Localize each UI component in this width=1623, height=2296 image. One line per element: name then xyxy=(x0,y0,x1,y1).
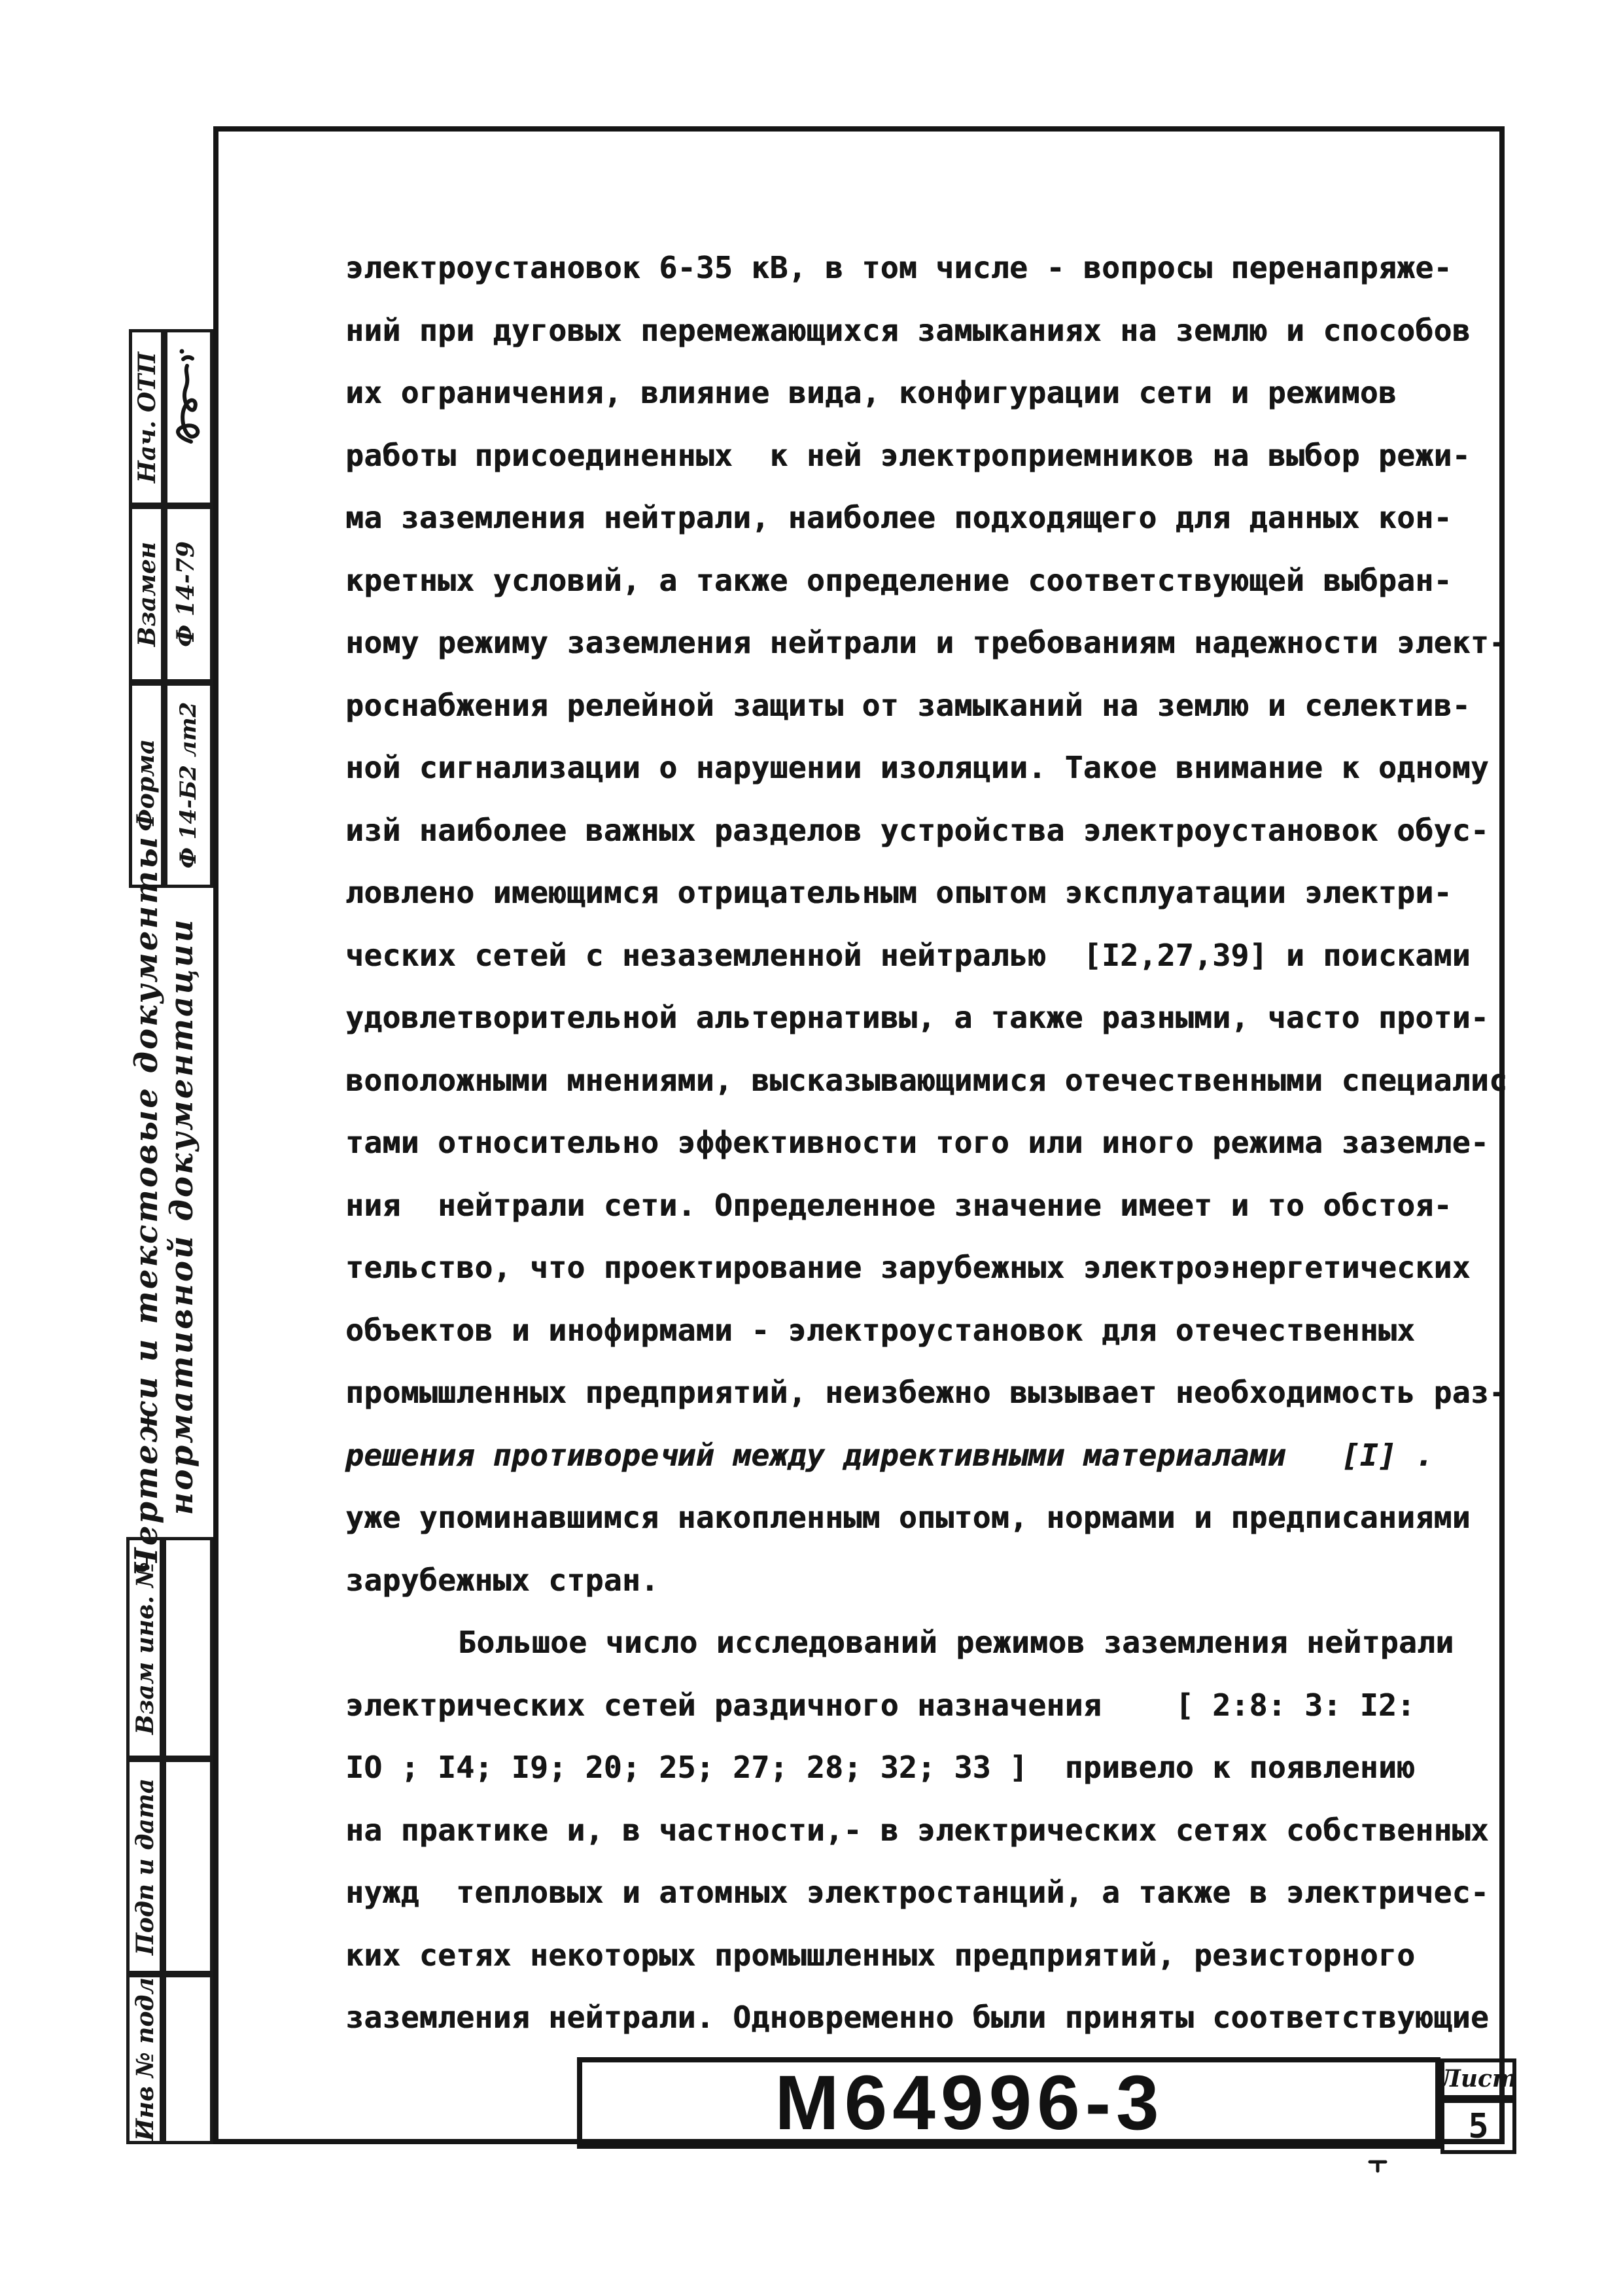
text-line: заземления нейтрали. Одновременно были п… xyxy=(345,1987,1516,2049)
stamp-label-vzamen: Взамен xyxy=(133,525,160,663)
text-line: ному режиму заземления нейтрали и требов… xyxy=(345,612,1516,675)
typewritten-text-block: электроустановок 6-35 кВ, в том числе - … xyxy=(345,237,1516,2049)
sheet-number-cell: 5 xyxy=(1440,2099,1516,2154)
margin-note-line1: Чертежи и текстовые документы xyxy=(128,857,162,1576)
text-line: изй наиболее важных разделов устройства … xyxy=(345,800,1516,862)
text-line: кретных условий, а также определение соо… xyxy=(345,550,1516,612)
text-line: тами относительно эффективности того или… xyxy=(345,1112,1516,1174)
text-line: на практике и, в частности,- в электриче… xyxy=(345,1799,1516,1862)
stamp-label-inv-podl: Инв № подл xyxy=(131,1971,158,2147)
text-line: ной сигнализации о нарушении изоляции. Т… xyxy=(345,737,1516,800)
text-line: электрических сетей раздичного назначени… xyxy=(345,1674,1516,1737)
ink-smudge xyxy=(1367,2157,1393,2174)
text-line: тельство, что проектирование зарубежных … xyxy=(345,1237,1516,1299)
text-line: роснабжения релейной защиты от замыканий… xyxy=(345,675,1516,737)
text-line: удовлетворительной альтернативы, а также… xyxy=(345,987,1516,1050)
text-line: их ограничения, влияние вида, конфигурац… xyxy=(345,362,1516,425)
scanned-page: электроустановок 6-35 кВ, в том числе - … xyxy=(0,0,1623,2296)
stamp-cell-inv-podl-value xyxy=(163,1974,213,2144)
text-line: объектов и инофирмами - электроустановок… xyxy=(345,1299,1516,1362)
text-line: зарубежных стран. xyxy=(345,1549,1516,1612)
text-line: ких сетях некоторых промышленных предпри… xyxy=(345,1924,1516,1987)
stamp-label-nach-otp: Нач. ОТП xyxy=(133,349,160,486)
text-line: электроустановок 6-35 кВ, в том числе - … xyxy=(345,237,1516,300)
stamp-label-vzam-inv: Взам инв. № xyxy=(131,1550,158,1746)
stamp-label-podp-data: Подп и дата xyxy=(131,1769,158,1965)
text-line: Большое число исследований режимов зазем… xyxy=(345,1612,1516,1674)
sheet-label: Лист xyxy=(1440,2065,1517,2093)
stamp-value-f14-79: Ф 14-79 xyxy=(172,525,198,663)
sheet-number: 5 xyxy=(1468,2107,1488,2146)
stamp-value-f14-b2: Ф 14-Б2 лт2 xyxy=(175,694,201,877)
text-line: ний при дуговых перемежающихся замыкания… xyxy=(345,300,1516,362)
text-line: ния нейтрали сети. Определенное значение… xyxy=(345,1174,1516,1237)
text-line: работы присоединенных к ней электроприем… xyxy=(345,425,1516,487)
text-line: ческих сетей с незаземленной нейтралью [… xyxy=(345,925,1516,987)
text-line: воположными мнениями, высказывающимися о… xyxy=(345,1050,1516,1112)
text-line: IO ; I4; I9; 20; 25; 27; 28; 32; 33 ] пр… xyxy=(345,1737,1516,1799)
document-number: М64996-3 xyxy=(775,2058,1242,2147)
text-line: ловлено имеющимся отрицательным опытом э… xyxy=(345,862,1516,925)
title-block: М64996-3 xyxy=(577,2057,1440,2149)
text-line: нужд тепловых и атомных электростанций, … xyxy=(345,1862,1516,1924)
signature-scrawl-icon xyxy=(169,347,205,446)
margin-note-line2: нормативной документации xyxy=(164,889,198,1544)
stamp-cell-vzam-inv-value xyxy=(163,1537,213,1759)
text-line: решения противоречий между директивными … xyxy=(345,1424,1516,1487)
text-line: ма заземления нейтрали, наиболее подходя… xyxy=(345,487,1516,550)
text-line: уже упоминавшимся накопленным опытом, но… xyxy=(345,1487,1516,1549)
sheet-header-cell: Лист xyxy=(1440,2058,1516,2099)
stamp-cell-podp-data-value xyxy=(163,1759,213,1974)
text-line: промышленных предприятий, неизбежно вызы… xyxy=(345,1362,1516,1424)
